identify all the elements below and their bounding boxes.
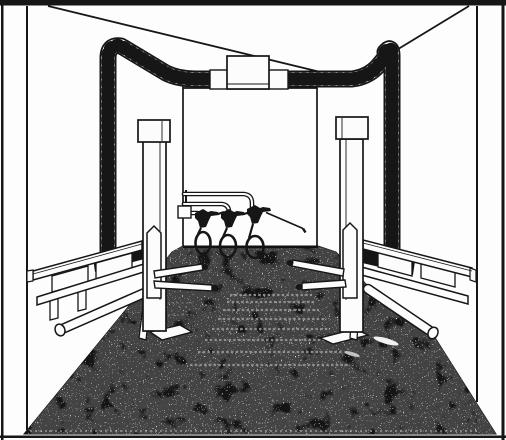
station-bracket — [178, 206, 191, 218]
lift-cap — [336, 117, 368, 139]
service-bay-illustration — [0, 0, 506, 440]
lift-cap — [138, 120, 170, 142]
lift-arm-pad — [211, 285, 218, 291]
duct-ribs-right — [385, 49, 392, 257]
lift-arm-pad — [296, 284, 303, 290]
lift-arm-pad — [202, 264, 208, 270]
sketch-canvas — [0, 0, 506, 440]
lift-arm-pad — [287, 260, 294, 266]
